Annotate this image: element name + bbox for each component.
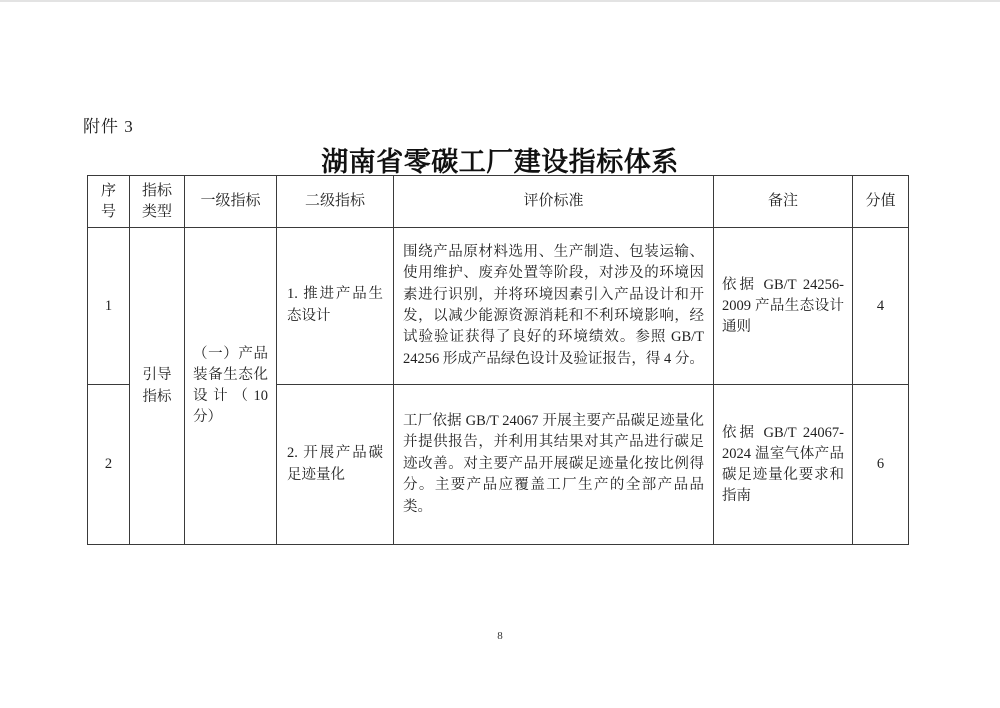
header-score: 分值 bbox=[853, 176, 909, 228]
document-page: 附件 3 湖南省零碳工厂建设指标体系 序 号 指标 类型 一级指标 二级指标 评… bbox=[0, 0, 1000, 708]
row2-level2: 2. 开展产品碳足迹量化 bbox=[277, 385, 394, 545]
row1-level2: 1. 推进产品生态设计 bbox=[277, 228, 394, 385]
indicator-table: 序 号 指标 类型 一级指标 二级指标 评价标准 备注 分值 1 引导指标 （一… bbox=[87, 175, 909, 545]
row2-remarks: 依据 GB/T 24067-2024 温室气体产品碳足迹量化要求和指南 bbox=[714, 385, 853, 545]
header-serial: 序 号 bbox=[88, 176, 130, 228]
page-number: 8 bbox=[0, 630, 1000, 642]
header-level1: 一级指标 bbox=[185, 176, 277, 228]
row1-remarks: 依据 GB/T 24256-2009 产品生态设计通则 bbox=[714, 228, 853, 385]
header-indicator-type: 指标 类型 bbox=[130, 176, 185, 228]
table-row: 1 引导指标 （一）产品装备生态化设计（10分） 1. 推进产品生态设计 围绕产… bbox=[88, 228, 909, 385]
header-level2: 二级指标 bbox=[277, 176, 394, 228]
table-header-row: 序 号 指标 类型 一级指标 二级指标 评价标准 备注 分值 bbox=[88, 176, 909, 228]
merged-indicator-type: 引导指标 bbox=[130, 228, 185, 545]
row2-serial: 2 bbox=[88, 385, 130, 545]
row1-serial: 1 bbox=[88, 228, 130, 385]
row1-criteria: 围绕产品原材料选用、生产制造、包装运输、使用维护、废弃处置等阶段，对涉及的环境因… bbox=[394, 228, 714, 385]
row2-criteria: 工厂依据 GB/T 24067 开展主要产品碳足迹量化并提供报告，并利用其结果对… bbox=[394, 385, 714, 545]
attachment-label: 附件 3 bbox=[83, 112, 134, 137]
header-criteria: 评价标准 bbox=[394, 176, 714, 228]
header-remarks: 备注 bbox=[714, 176, 853, 228]
merged-level1-indicator: （一）产品装备生态化设计（10分） bbox=[185, 228, 277, 545]
row1-score: 4 bbox=[853, 228, 909, 385]
row2-score: 6 bbox=[853, 385, 909, 545]
page-title: 湖南省零碳工厂建设指标体系 bbox=[0, 140, 1000, 179]
